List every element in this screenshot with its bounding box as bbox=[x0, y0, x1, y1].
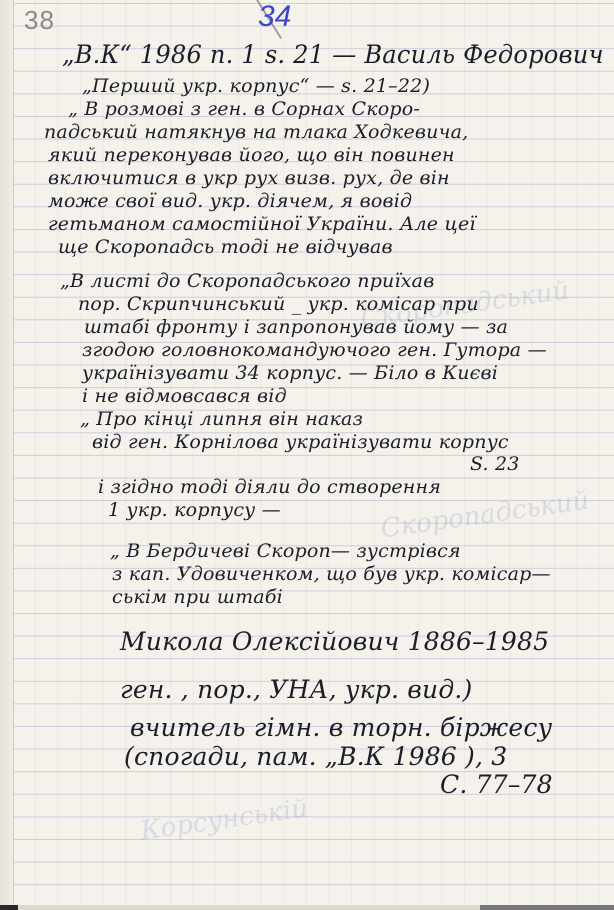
handwritten-line: „В листі до Скоропадського приїхав bbox=[60, 270, 434, 292]
handwritten-line: „В.К“ 1986 п. 1 s. 21 — Василь Федорович bbox=[62, 40, 604, 69]
show-through-text: Корсунській bbox=[139, 793, 310, 846]
handwritten-line: (спогади, пам. „В.К 1986 ), 3 bbox=[124, 742, 507, 771]
handwritten-name-line: Микола Олексійович 1886–1985 bbox=[120, 627, 549, 656]
handwritten-line: може свої вид. укр. діячем, я вовід bbox=[48, 190, 412, 212]
notebook-page: Скоропадський Скоропадський Корсунській … bbox=[0, 0, 614, 910]
handwritten-line: і згідно тоді діяли до створення bbox=[98, 476, 441, 498]
page-reference: S. 23 bbox=[470, 453, 520, 475]
handwritten-line: і не відмовсався від bbox=[82, 385, 287, 407]
handwritten-line: ген. , пор., УНА, укр. вид.) bbox=[120, 675, 473, 704]
ink-page-number: 34 bbox=[258, 0, 291, 34]
pencil-page-number: 38 bbox=[24, 5, 55, 36]
handwritten-line: з кап. Удовиченком, що був укр. комісар— bbox=[112, 563, 551, 585]
handwritten-line: згодою головнокомандуючого ген. Гутора — bbox=[82, 339, 547, 361]
handwritten-line: гетьманом самостійної України. Але цеї bbox=[48, 213, 476, 235]
handwritten-line: ськім при штабі bbox=[112, 586, 283, 608]
handwritten-line: ще Скоропадсь тоді не відчував bbox=[58, 236, 393, 258]
handwritten-line: від ген. Корнілова українізувати корпус bbox=[92, 431, 509, 453]
handwritten-line: українізувати 34 корпус. — Біло в Києві bbox=[82, 362, 498, 384]
handwritten-line: „ В Бердичеві Скороп— зустрівся bbox=[110, 540, 461, 562]
page-reference: С. 77–78 bbox=[440, 770, 553, 799]
handwritten-line: падський натякнув на тлака Ходкевича, bbox=[44, 121, 468, 143]
handwritten-line: включитися в укр рух визв. рух, де він bbox=[48, 167, 450, 189]
page-binding-edge bbox=[0, 0, 14, 910]
handwritten-line: „Перший укр. корпус“ — s. 21–22) bbox=[82, 75, 430, 97]
handwritten-line: штабі фронту і запропонував йому — за bbox=[84, 316, 508, 338]
handwritten-line: вчитель гімн. в торн. біржесу bbox=[130, 713, 552, 742]
handwritten-line: „ В розмові з ген. в Сорнах Скоро- bbox=[68, 98, 420, 120]
handwritten-line: який переконував його, що він повинен bbox=[48, 144, 455, 166]
handwritten-line: 1 укр. корпусу — bbox=[108, 499, 281, 521]
handwritten-line: пор. Скрипчинський _ укр. комісар при bbox=[78, 293, 479, 315]
handwritten-line: „ Про кінці липня він наказ bbox=[80, 408, 363, 430]
page-bottom-edge bbox=[0, 905, 614, 910]
